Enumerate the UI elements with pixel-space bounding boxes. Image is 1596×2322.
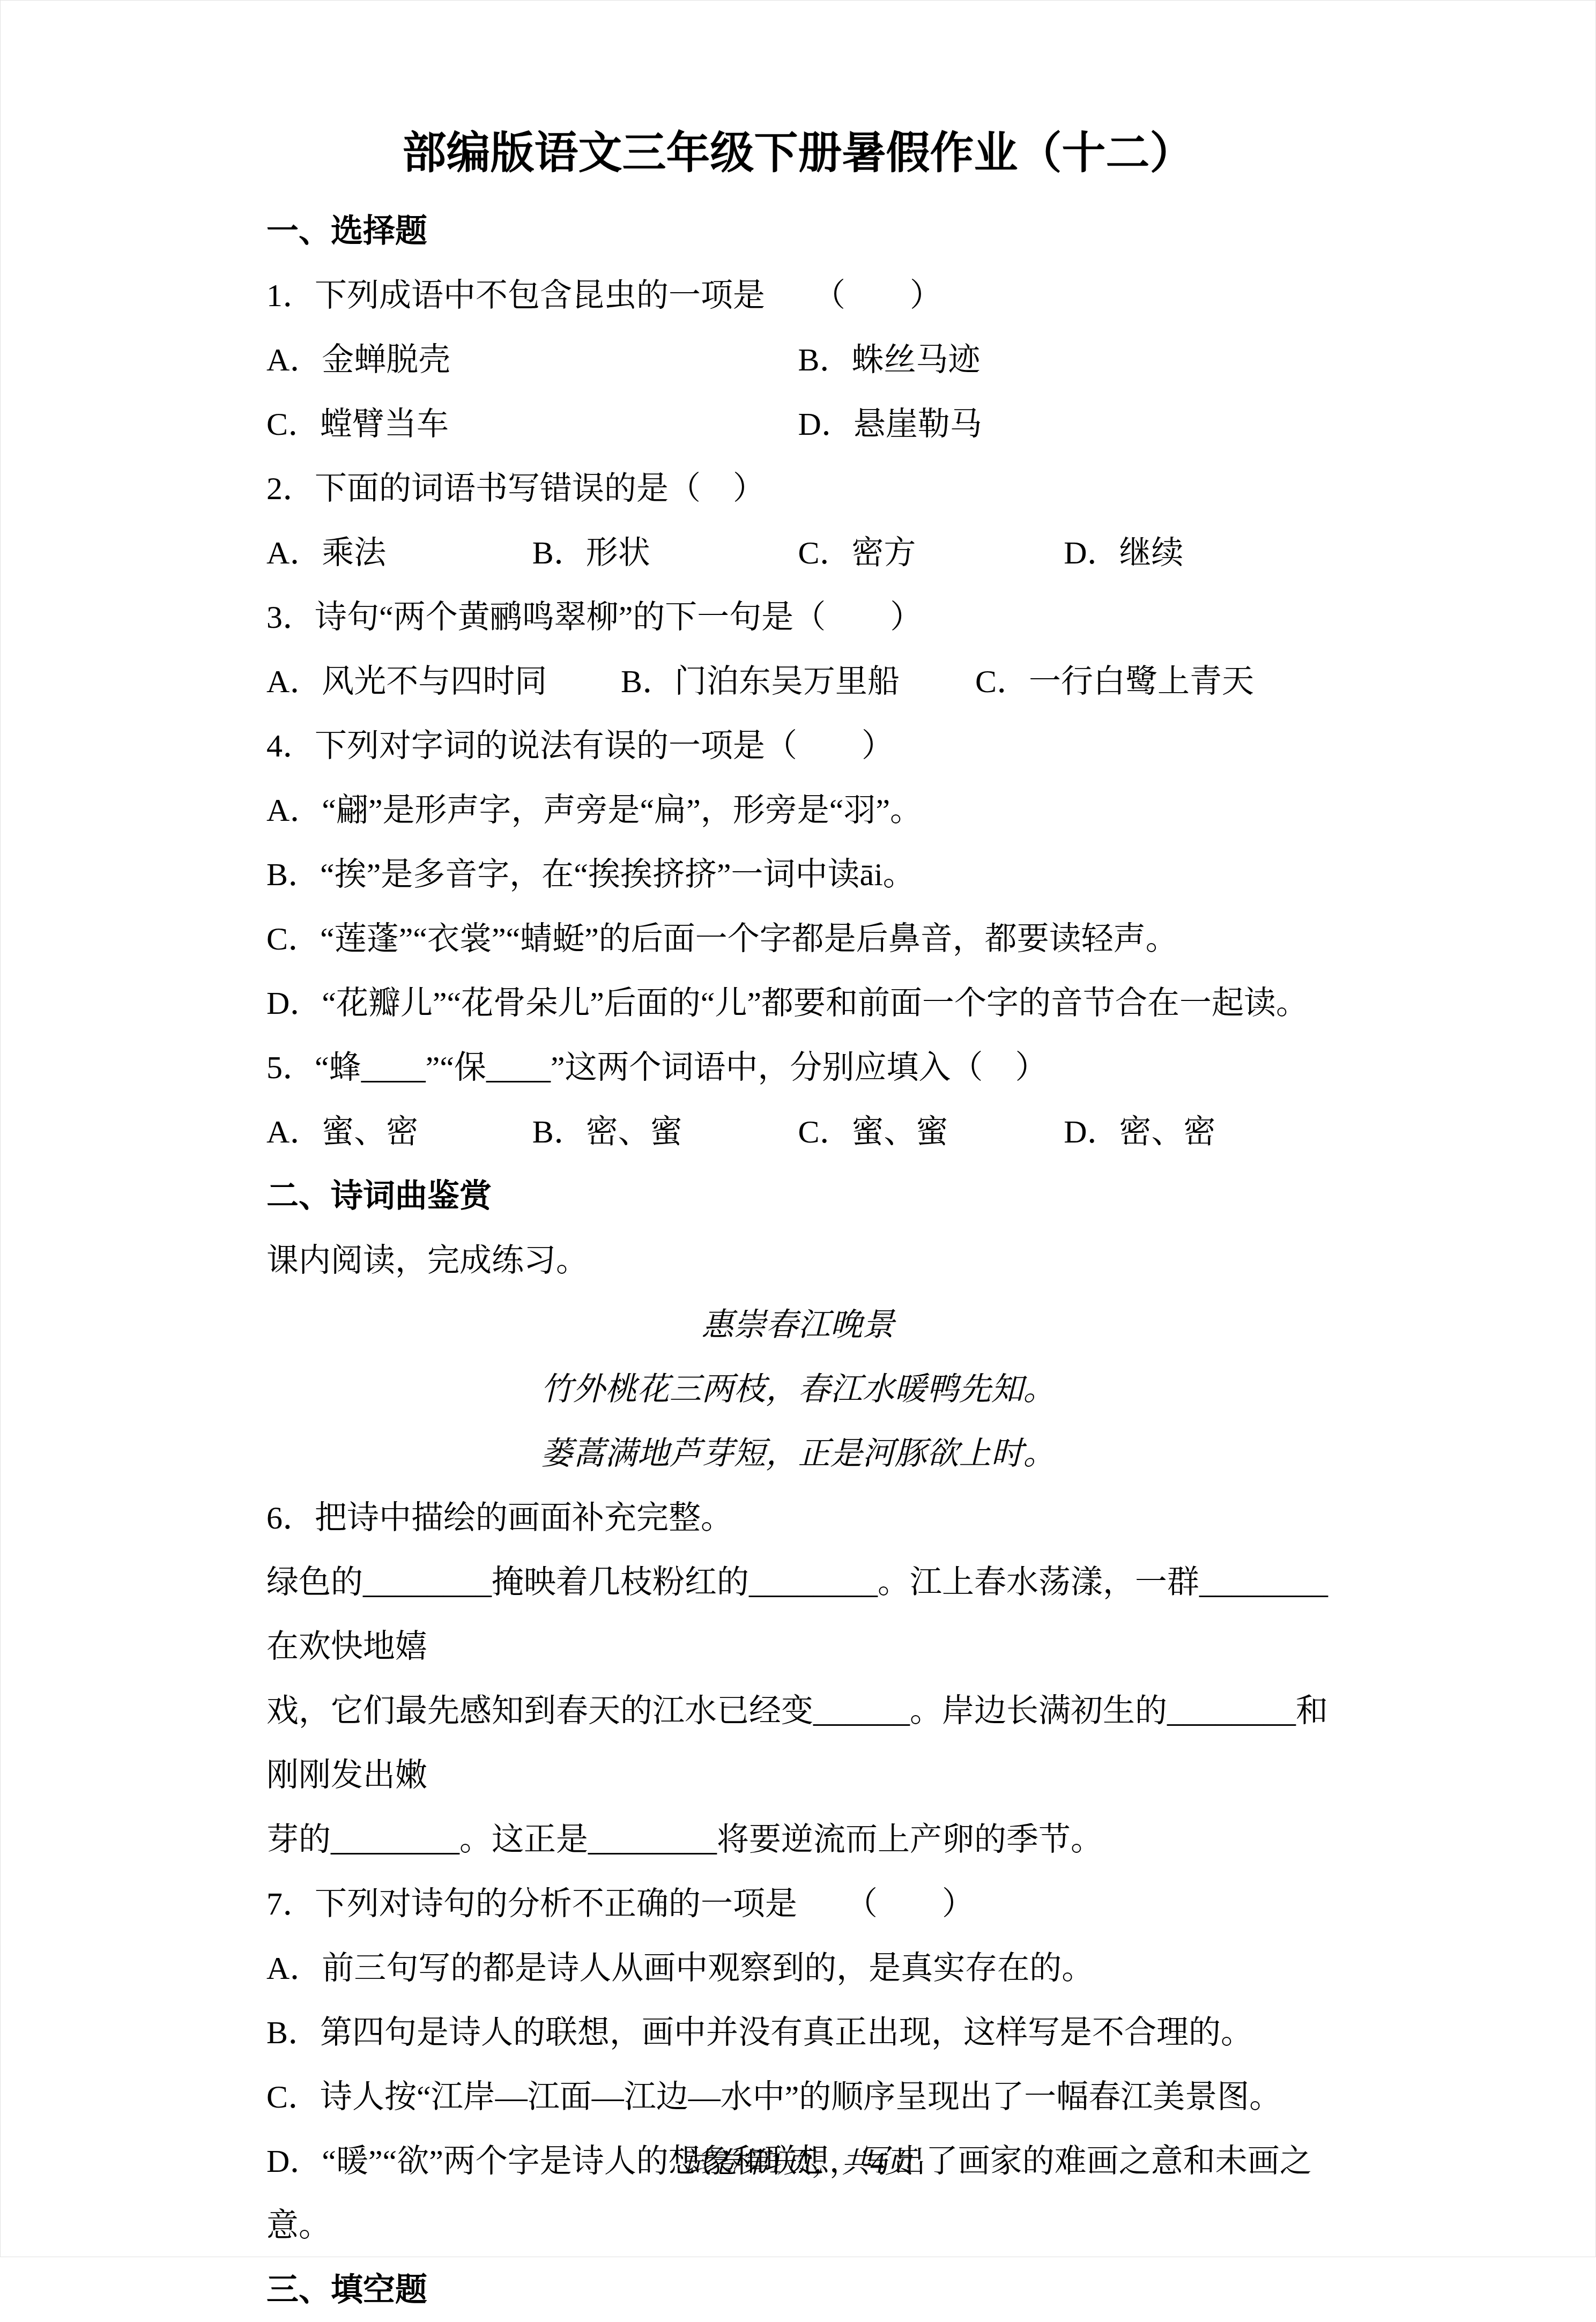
question-7-option-c: C．诗人按“江岸—江面—江边—水中”的顺序呈现出了一幅春江美景图。 <box>266 2065 1330 2129</box>
question-5-text: 5．“蜂____”“保____”这两个词语中，分别应填入（ ） <box>266 1035 1330 1100</box>
question-4-option-d: D．“花瓣儿”“花骨朵儿”后面的“儿”都要和前面一个字的音节合在一起读。 <box>266 971 1330 1035</box>
question-5-option-c: C．蜜、蜜 <box>798 1100 1064 1164</box>
question-4-text: 4．下列对字词的说法有误的一项是（ ） <box>266 714 1330 778</box>
section-2-intro: 课内阅读，完成练习。 <box>266 1228 1330 1293</box>
question-4-option-a: A．“翩”是形声字，声旁是“扁”，形旁是“羽”。 <box>266 778 1330 842</box>
page-footer: 试卷第1页，共4页 <box>1 2144 1595 2182</box>
question-2-option-c: C．密方 <box>798 521 1064 585</box>
section-1-heading: 一、选择题 <box>266 199 1330 263</box>
question-6-fill-line-3: 芽的________。这正是________将要逆流而上产卵的季节。 <box>266 1807 1330 1872</box>
question-1-options-row-1: A．金蝉脱壳 B．蛛丝马迹 <box>266 328 1330 392</box>
doc-title: 部编版语文三年级下册暑假作业（十二） <box>266 108 1330 199</box>
question-5-option-a: A．蜜、密 <box>266 1100 532 1164</box>
poem-line-2: 蒌蒿满地芦芽短，正是河豚欲上时。 <box>266 1421 1330 1486</box>
question-4-option-b: B．“挨”是多音字，在“挨挨挤挤”一词中读āi。 <box>266 842 1330 907</box>
question-3-option-a: A．风光不与四时同 <box>266 649 621 714</box>
question-7-text: 7．下列对诗句的分析不正确的一项是 （ ） <box>266 1872 1330 1936</box>
question-6-text: 6．把诗中描绘的画面补充完整。 <box>266 1486 1330 1550</box>
question-2-option-a: A．乘法 <box>266 521 532 585</box>
question-1-option-c: C．螳臂当车 <box>266 392 798 456</box>
question-2-option-b: B．形状 <box>532 521 798 585</box>
question-3-option-b: B．门泊东吴万里船 <box>621 649 975 714</box>
question-5-option-b: B．密、蜜 <box>532 1100 798 1164</box>
section-2-heading: 二、诗词曲鉴赏 <box>266 1164 1330 1228</box>
poem-title: 惠崇春江晚景 <box>266 1293 1330 1357</box>
question-7-option-a: A．前三句写的都是诗人从画中观察到的，是真实存在的。 <box>266 1936 1330 2000</box>
question-1-option-d: D．悬崖勒马 <box>798 392 1330 456</box>
question-6-fill-line-1: 绿色的________掩映着几枝粉红的________。江上春水荡漾，一群___… <box>266 1550 1330 1679</box>
question-3-text: 3．诗句“两个黄鹂鸣翠柳”的下一句是（ ） <box>266 585 1330 649</box>
question-5-option-d: D．密、密 <box>1064 1100 1330 1164</box>
question-1-text: 1．下列成语中不包含昆虫的一项是 （ ） <box>266 263 1330 328</box>
question-2-text: 2．下面的词语书写错误的是（ ） <box>266 456 1330 521</box>
question-3-options-row: A．风光不与四时同 B．门泊东吴万里船 C．一行白鹭上青天 <box>266 649 1330 714</box>
question-7-option-b: B．第四句是诗人的联想，画中并没有真正出现，这样写是不合理的。 <box>266 2000 1330 2065</box>
question-1-option-a: A．金蝉脱壳 <box>266 328 798 392</box>
question-2-options-row: A．乘法 B．形状 C．密方 D．继续 <box>266 521 1330 585</box>
question-3-option-c: C．一行白鹭上青天 <box>975 649 1330 714</box>
exam-paper-page: 部编版语文三年级下册暑假作业（十二） 一、选择题 1．下列成语中不包含昆虫的一项… <box>0 0 1596 2257</box>
question-1-options-row-2: C．螳臂当车 D．悬崖勒马 <box>266 392 1330 456</box>
poem-line-1: 竹外桃花三两枝，春江水暖鸭先知。 <box>266 1357 1330 1421</box>
question-2-option-d: D．继续 <box>1064 521 1330 585</box>
section-3-heading: 三、填空题 <box>266 2258 1330 2322</box>
question-5-options-row: A．蜜、密 B．密、蜜 C．蜜、蜜 D．密、密 <box>266 1100 1330 1164</box>
question-6-fill-line-2: 戏，它们最先感知到春天的江水已经变______。岸边长满初生的________和… <box>266 1679 1330 1807</box>
question-1-option-b: B．蛛丝马迹 <box>798 328 1330 392</box>
question-4-option-c: C．“莲蓬”“衣裳”“蜻蜓”的后面一个字都是后鼻音，都要读轻声。 <box>266 907 1330 971</box>
